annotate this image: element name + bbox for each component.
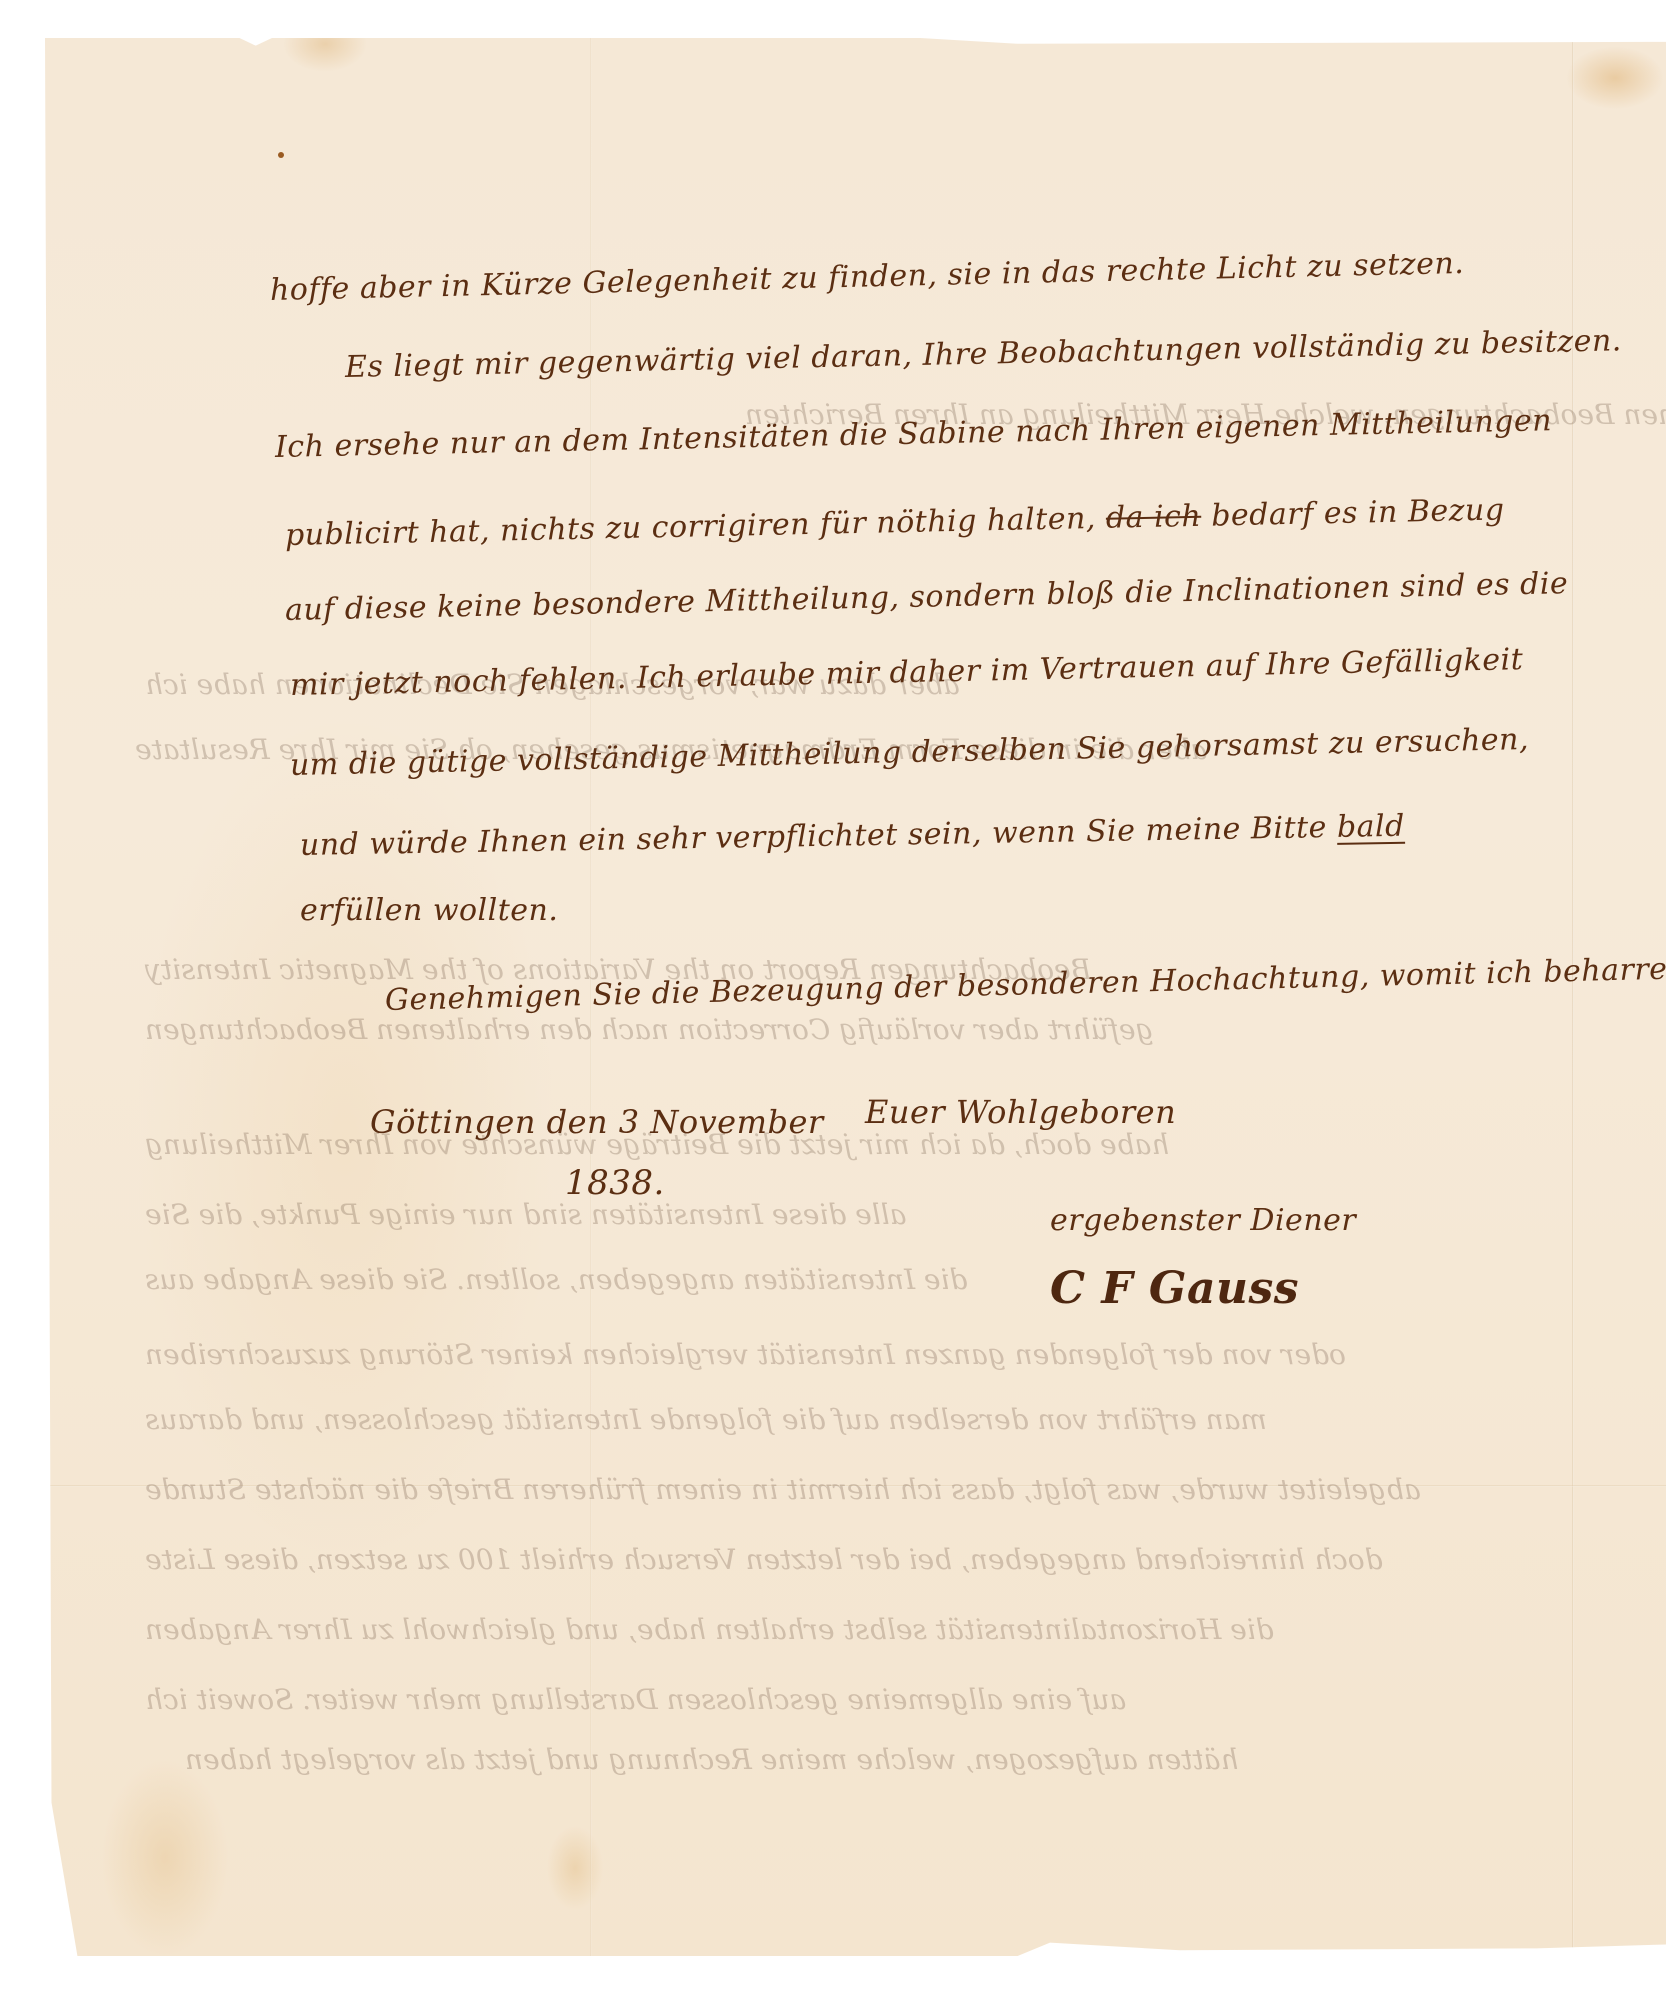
- struck-word: da ich: [1106, 499, 1202, 536]
- letter-line-9: erfüllen wollten.: [300, 893, 558, 928]
- bleed-through-line: hätten aufgezogen, welche meine Rechnung…: [185, 1743, 1238, 1776]
- letter-line-2: Es liegt mir gegenwärtig viel daran, Ihr…: [345, 323, 1622, 385]
- bleed-through-line: alle diese Intensitäten sind nur einige …: [145, 1198, 906, 1231]
- letter-line-1: hoffe aber in Kürze Gelegenheit zu finde…: [270, 246, 1465, 308]
- letter-line-4: publicirt hat, nichts zu corrigiren für …: [285, 492, 1505, 553]
- letter-sheet: Die nach jenen Beobachtungen, welche Her…: [45, 38, 1666, 1956]
- bleed-through-line: geführt aber vorläufig Correction nach d…: [145, 1013, 1153, 1046]
- place-date: Göttingen den 3 November: [370, 1103, 824, 1141]
- bleed-through-line: abgeleitet wurde, was folgt, dass ich hi…: [145, 1473, 1421, 1506]
- signature: C F Gauss: [1050, 1263, 1299, 1314]
- letter-line-8: und würde Ihnen ein sehr verpflichtet se…: [300, 809, 1405, 863]
- salutation-right: Euer Wohlgeboren: [865, 1093, 1176, 1131]
- bleed-through-line: die Horizontalintensität selbst erhalten…: [145, 1613, 1274, 1646]
- bleed-through-line: auf eine allgemeine geschlossen Darstell…: [145, 1683, 1126, 1716]
- bleed-through-line: doch hinreichend angegeben, bei der letz…: [145, 1543, 1383, 1576]
- bleed-through-line: die Intensitäten angegeben, sollten. Sie…: [145, 1263, 967, 1296]
- bleed-through-line: man erfährt von derselben auf die folgen…: [145, 1403, 1267, 1436]
- underlined-word-bald: bald: [1337, 809, 1405, 845]
- date-year: 1838.: [565, 1163, 665, 1203]
- letter-line-5: auf diese keine besondere Mittheilung, s…: [285, 566, 1569, 628]
- letter-line-7: um die gütige vollständige Mittheilung d…: [290, 722, 1530, 783]
- bleed-through-line: oder von der folgenden ganzen Intensität…: [145, 1338, 1346, 1371]
- valediction: ergebenster Diener: [1050, 1203, 1356, 1238]
- ink-speck: [278, 152, 284, 158]
